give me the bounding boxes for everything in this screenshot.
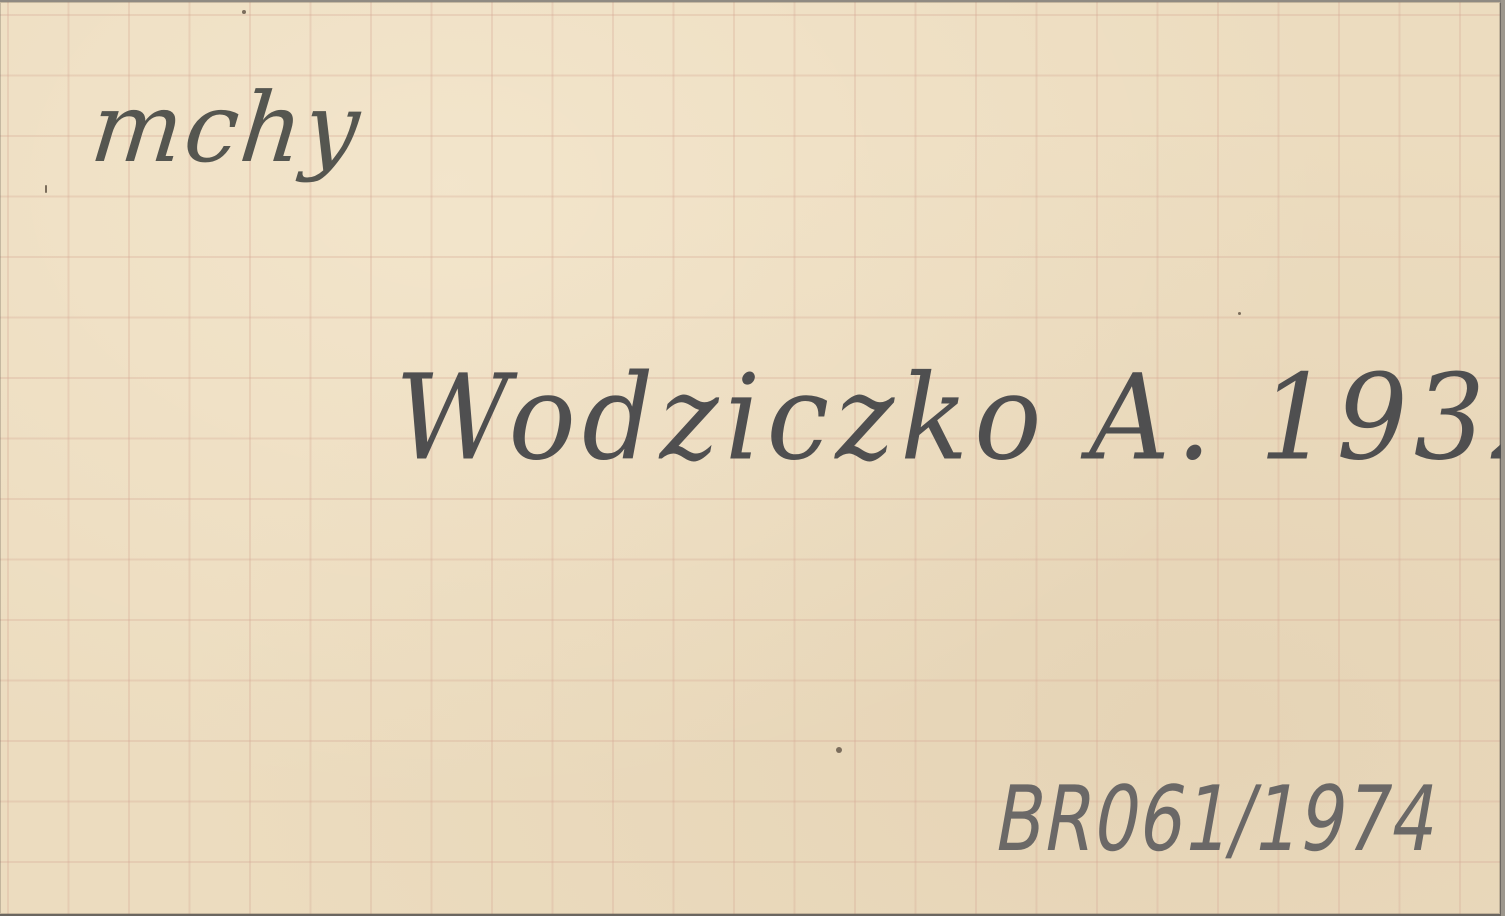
subject-heading: mchy xyxy=(87,80,366,176)
catalog-number: BR061/1974 xyxy=(989,775,1446,865)
index-card: mchy Wodziczko A. 1932 BR061/1974 xyxy=(0,2,1500,914)
paper-speck xyxy=(836,747,842,753)
paper-speck xyxy=(45,185,47,193)
author-citation: Wodziczko A. 1932 xyxy=(395,360,1505,478)
scan-edge-right xyxy=(1501,0,1505,916)
paper-speck xyxy=(242,10,246,14)
paper-speck xyxy=(1238,312,1241,315)
